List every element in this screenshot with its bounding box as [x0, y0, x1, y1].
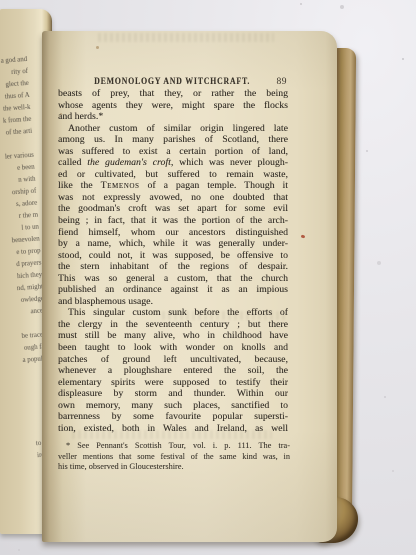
- body-line: called the gudeman's croft, which was ne…: [58, 157, 288, 169]
- body-line: the stern inhabitant of the regions of d…: [58, 261, 288, 273]
- page-number: 89: [277, 77, 288, 88]
- body-line: patches of ground left uncultivated, bec…: [58, 354, 288, 366]
- footnote-line: * See Pennant's Scottish Tour, vol. i. p…: [58, 441, 290, 452]
- body-line: displeasure by storm and thunder. Within…: [58, 388, 288, 400]
- body-line: fiend himself, whom our ancestors distin…: [58, 227, 288, 239]
- body-line: tion, existed, both in Wales and Ireland…: [58, 423, 288, 435]
- body-line: beasts of prey, that they, or rather the…: [58, 88, 288, 100]
- body-line: Another custom of similar origin lingere…: [58, 123, 288, 135]
- body-line: published an ordinance against it as an …: [58, 284, 288, 296]
- body-line: the goodman's croft was set apart for so…: [58, 203, 288, 215]
- body-line: must still be many alive, who in childho…: [58, 330, 288, 342]
- body-line: by a name, which, while it was generally…: [58, 238, 288, 250]
- running-header: DEMONOLOGY AND WITCHCRAFT. 89: [58, 77, 288, 88]
- body-line: barrenness by some favourite popular sup…: [58, 411, 288, 423]
- body-line: being ; in fact, that it was the portion…: [58, 215, 288, 227]
- body-line: was not expressly avowed, no one doubted…: [58, 192, 288, 204]
- footnote: * See Pennant's Scottish Tour, vol. i. p…: [58, 441, 290, 473]
- book-page: DEMONOLOGY AND WITCHCRAFT. 89 beasts of …: [42, 31, 337, 542]
- body-line: and blasphemous usage.: [58, 296, 288, 308]
- body-line: own memory, many such places, sanctified…: [58, 400, 288, 412]
- footnote-line: his time, observed in Gloucestershire.: [58, 462, 290, 473]
- body-line: ed or cultivated, but suffered to remain…: [58, 169, 288, 181]
- bleed-through-text: [98, 33, 274, 42]
- body-line: whenever a ploughshare entered the soil,…: [58, 365, 288, 377]
- footnote-line: veller mentions that some festival of th…: [58, 452, 290, 463]
- body-line: This was so general a custom, that the c…: [58, 273, 288, 285]
- body-line: the clergy in the seventeenth century ; …: [58, 319, 288, 331]
- text-block: DEMONOLOGY AND WITCHCRAFT. 89 beasts of …: [58, 77, 288, 434]
- body-line: been taught to look with wonder on knoll…: [58, 342, 288, 354]
- foxing-spot: [96, 46, 99, 49]
- ink-speck: [301, 234, 306, 238]
- page-body: beasts of prey, that they, or rather the…: [58, 88, 288, 434]
- dust-specks: [0, 0, 2, 2]
- body-line: was suffered to exist a certain portion …: [58, 146, 288, 158]
- body-line: This singular custom sunk before the eff…: [58, 307, 288, 319]
- body-line: among us. In many parishes of Scotland, …: [58, 134, 288, 146]
- body-line: whose agents they were, might spare the …: [58, 100, 288, 112]
- body-line: stood, could not, it was supposed, be of…: [58, 250, 288, 262]
- body-line: and herds.*: [58, 111, 288, 123]
- body-line: elementary spirits were supposed to test…: [58, 377, 288, 389]
- chapter-title: DEMONOLOGY AND WITCHCRAFT.: [78, 77, 267, 88]
- book-photo: a god andrity ofglect thethus of Athe we…: [0, 0, 416, 555]
- body-line: like the Temenos of a pagan temple. Thou…: [58, 180, 288, 192]
